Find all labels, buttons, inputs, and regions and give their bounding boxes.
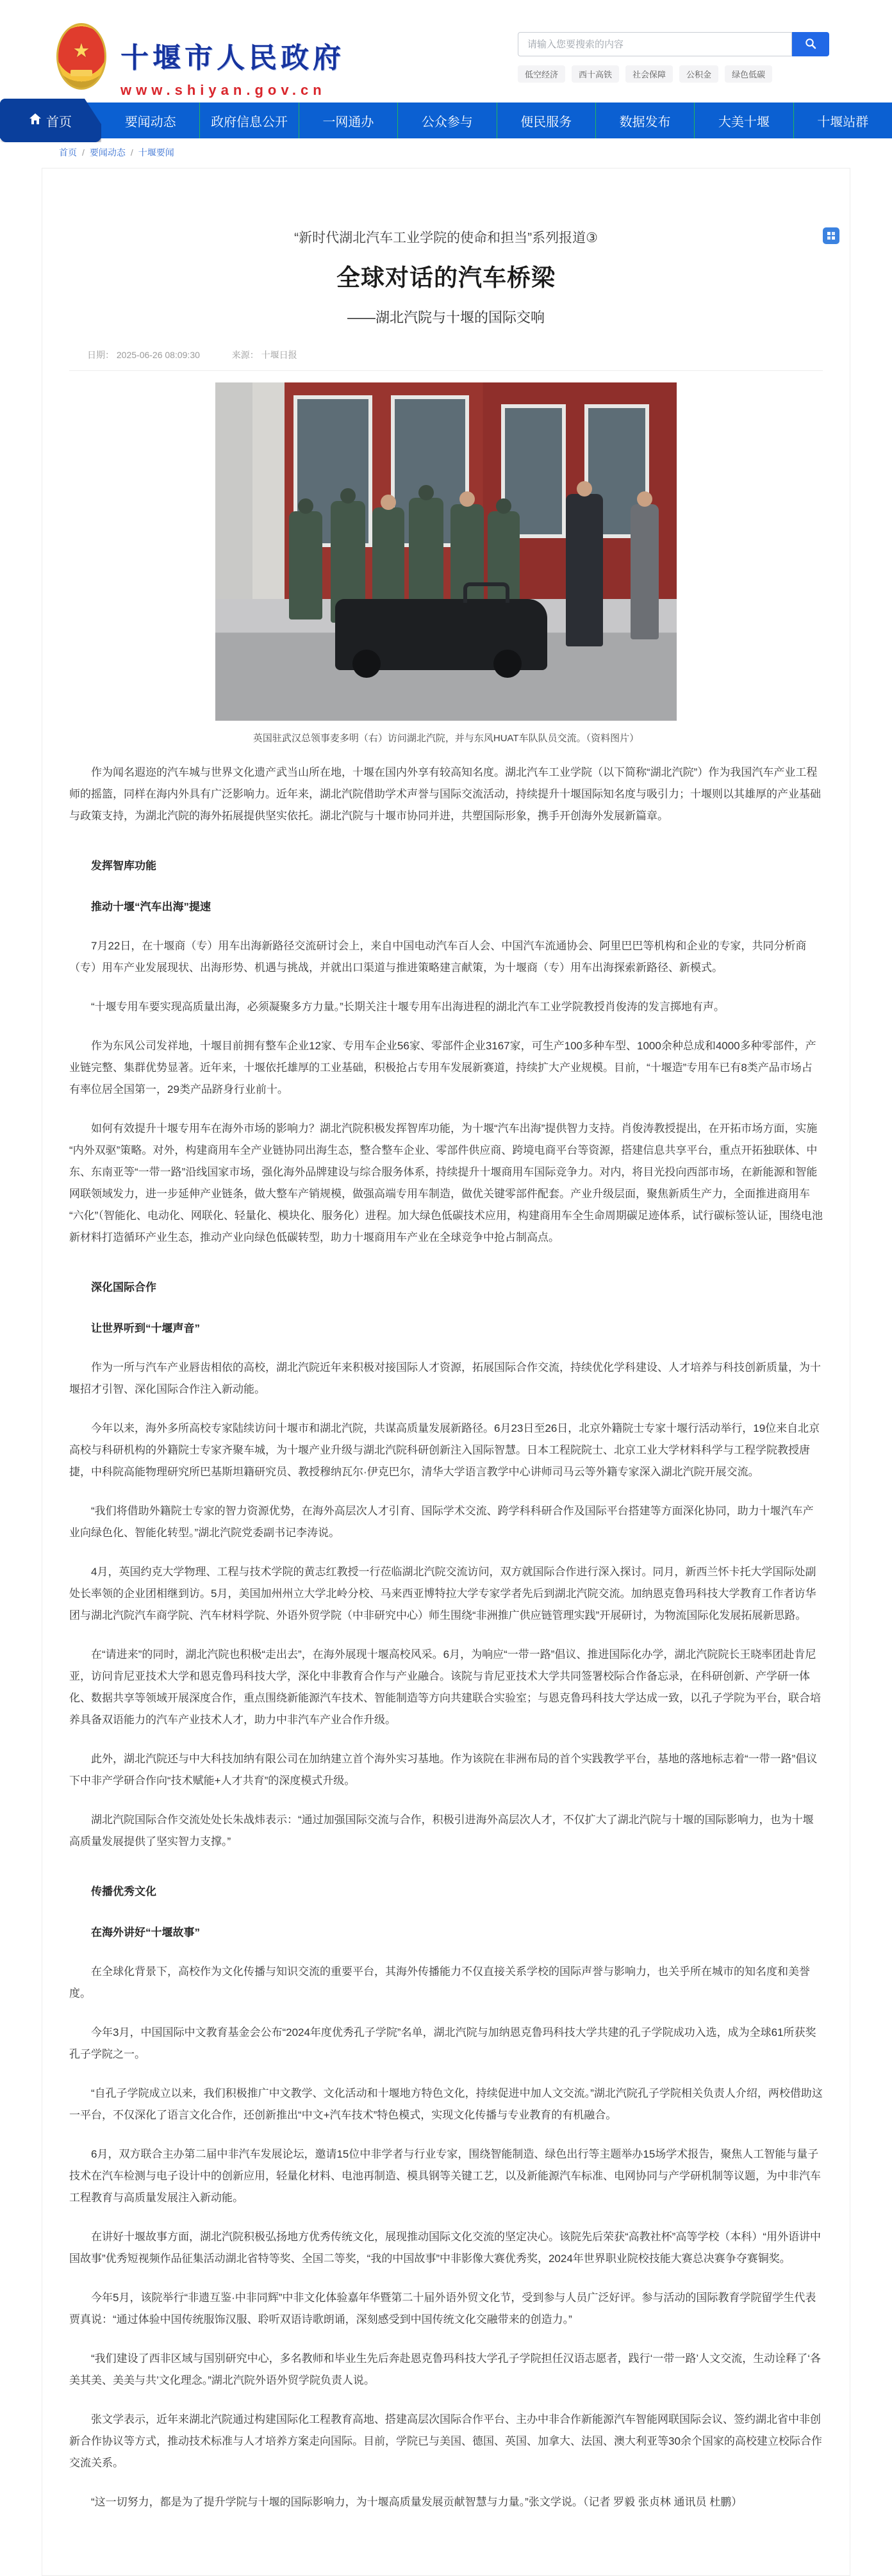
hot-word-link[interactable]: 西十高铁 [572,65,619,83]
share-icon[interactable] [823,227,839,244]
article-paragraph: 如何有效提升十堰专用车在海外市场的影响力？湖北汽院积极发挥智库功能，为十堰“汽车… [69,1118,823,1249]
article-paragraph: 在讲好十堰故事方面，湖北汽院积极弘扬地方优秀传统文化，展现推动国际文化交流的坚定… [69,2226,823,2270]
photo-race-kart [335,599,547,670]
nav-item[interactable]: 大美十堰 [694,103,793,138]
article-paragraph: 7月22日，在十堰商（专）用车出海新路径交流研讨会上，来自中国电动汽车百人会、中… [69,935,823,979]
article-source: 十堰日报 [261,350,297,360]
article-series-title: “新时代湖北汽车工业学院的使命和担当”系列报道③ [69,227,823,247]
article-paragraph: 此外，湖北汽院还与中大科技加纳有限公司在加纳建立首个海外实习基地。作为该院在非洲… [69,1748,823,1792]
article-section-heading: 传播优秀文化 [69,1881,823,1903]
nav-item[interactable]: 一网通办 [299,103,397,138]
article-body: 作为闻名遐迩的汽车城与世界文化遗产武当山所在地，十堰在国内外享有较高知名度。湖北… [69,762,823,2513]
site-title: 十堰市人民政府 [120,35,345,76]
article-photo [215,382,677,721]
header-search-area: 低空经济西十高铁社会保障公积金绿色低碳 [518,32,833,83]
photo-person [289,511,322,619]
main-nav: 首页 要闻动态政府信息公开一网通办公众参与便民服务数据发布大美十堰十堰站群 [0,103,892,138]
brand-text: 十堰市人民政府 www.shiyan.gov.cn [120,23,345,99]
national-emblem-logo: ★ [56,23,106,90]
article-paragraph: “我们建设了西非区域与国别研究中心，多名教师和毕业生先后奔赴恩克鲁玛科技大学孔子… [69,2348,823,2391]
search-input[interactable] [518,32,792,56]
home-icon [29,113,41,128]
article-section-heading: 让世界听到“十堰声音” [69,1318,823,1340]
hot-word-link[interactable]: 绿色低碳 [725,65,772,83]
article-title: 全球对话的汽车桥梁 [69,258,823,293]
breadcrumb-link[interactable]: 首页 [59,146,77,159]
breadcrumb: 首页/要闻动态/十堰要闻 [0,138,892,167]
article-paragraph: “这一切努力，都是为了提升学院与十堰的国际影响力，为十堰高质量发展贡献智慧与力量… [69,2491,823,2513]
hot-word-link[interactable]: 低空经济 [518,65,565,83]
article-section-heading: 在海外讲好“十堰故事” [69,1922,823,1944]
article-date: 2025-06-26 08:09:30 [117,350,200,360]
nav-item[interactable]: 数据发布 [595,103,694,138]
article-paragraph: 今年以来，海外多所高校专家陆续访问十堰市和湖北汽院，共谋高质量发展新路径。6月2… [69,1418,823,1483]
article-paragraph: 作为闻名遐迩的汽车城与世界文化遗产武当山所在地，十堰在国内外享有较高知名度。湖北… [69,762,823,827]
search-icon [805,38,816,51]
nav-item-home[interactable]: 首页 [0,99,101,142]
article-paragraph: 今年5月，该院举行“非遗互鉴·中非同辉”中非文化体验嘉年华暨第二十届外语外贸文化… [69,2287,823,2331]
breadcrumb-separator: / [131,147,133,158]
nav-item[interactable]: 十堰站群 [793,103,892,138]
article-paragraph: 在全球化背景下，高校作为文化传播与知识交流的重要平台，其海外传播能力不仅直接关系… [69,1961,823,2005]
breadcrumb-link[interactable]: 十堰要闻 [138,146,174,159]
meta-divider [69,370,823,371]
hot-word-link[interactable]: 社会保障 [625,65,673,83]
article-paragraph: “十堰专用车要实现高质量出海，必须凝聚多方力量。”长期关注十堰专用车出海进程的湖… [69,996,823,1018]
article-paragraph: 作为一所与汽车产业唇齿相依的高校，湖北汽院近年来积极对接国际人才资源，拓展国际合… [69,1357,823,1400]
hot-word-list: 低空经济西十高铁社会保障公积金绿色低碳 [518,65,833,83]
article-paragraph: 湖北汽院国际合作交流处处长朱战炜表示：“通过加强国际交流与合作，积极引进海外高层… [69,1809,823,1853]
photo-person [631,504,659,639]
breadcrumb-separator: / [82,147,85,158]
emblem-star-icon: ★ [73,42,90,61]
article-paragraph: 在“请进来”的同时，湖北汽院也积极“走出去”，在海外展现十堰高校风采。6月，为响… [69,1644,823,1731]
nav-item[interactable]: 要闻动态 [101,103,199,138]
article-photo-wrap: 英国驻武汉总领事麦多明（右）访问湖北汽院，并与东风HUAT车队队员交流。（资料图… [215,382,677,744]
breadcrumb-link[interactable]: 要闻动态 [90,146,126,159]
article-section-heading: 深化国际合作 [69,1277,823,1299]
article-card: “新时代湖北汽车工业学院的使命和担当”系列报道③ 全球对话的汽车桥梁 ——湖北汽… [42,168,850,2576]
search-button[interactable] [792,32,829,56]
photo-building [215,382,677,599]
site-brand: ★ 十堰市人民政府 www.shiyan.gov.cn [56,23,345,99]
article-paragraph: 4月，英国约克大学物理、工程与技术学院的黄志红教授一行莅临湖北汽院交流访问，双方… [69,1561,823,1627]
date-label: 日期： [87,350,114,360]
article-paragraph: 6月，双方联合主办第二届中非汽车发展论坛，邀请15位中非学者与行业专家，围绕智能… [69,2144,823,2209]
nav-item-list: 要闻动态政府信息公开一网通办公众参与便民服务数据发布大美十堰十堰站群 [101,103,892,138]
nav-item[interactable]: 政府信息公开 [199,103,298,138]
article-section-heading: 发挥智库功能 [69,855,823,877]
site-url: www.shiyan.gov.cn [120,82,345,99]
article-paragraph: “我们将借助外籍院士专家的智力资源优势，在海外高层次人才引育、国际学术交流、跨学… [69,1500,823,1544]
source-label: 来源： [232,350,259,360]
article-meta: 日期： 2025-06-26 08:09:30 来源： 十堰日报 [69,349,823,361]
nav-home-label: 首页 [46,111,72,130]
hot-word-link[interactable]: 公积金 [679,65,718,83]
article-paragraph: 张文学表示，近年来湖北汽院通过构建国际化工程教育高地、搭建高层次国际合作平台、主… [69,2409,823,2474]
article-paragraph: “自孔子学院成立以来，我们积极推广中文教学、文化活动和十堰地方特色文化，持续促进… [69,2083,823,2126]
photo-caption: 英国驻武汉总领事麦多明（右）访问湖北汽院，并与东风HUAT车队队员交流。（资料图… [215,731,677,744]
article-subtitle: ——湖北汽院与十堰的国际交响 [69,307,823,327]
site-header: ★ 十堰市人民政府 www.shiyan.gov.cn 低空经济西十高铁社会保障… [0,0,892,103]
photo-person-suit [566,494,603,646]
article-paragraph: 作为东风公司发祥地，十堰目前拥有整车企业12家、专用车企业56家、零部件企业31… [69,1035,823,1101]
nav-item[interactable]: 公众参与 [397,103,496,138]
nav-item[interactable]: 便民服务 [497,103,595,138]
article-section-heading: 推动十堰“汽车出海”提速 [69,896,823,918]
emblem-gate-icon [70,70,92,76]
article-paragraph: 今年3月，中国国际中文教育基金会公布“2024年度优秀孔子学院”名单，湖北汽院与… [69,2022,823,2065]
